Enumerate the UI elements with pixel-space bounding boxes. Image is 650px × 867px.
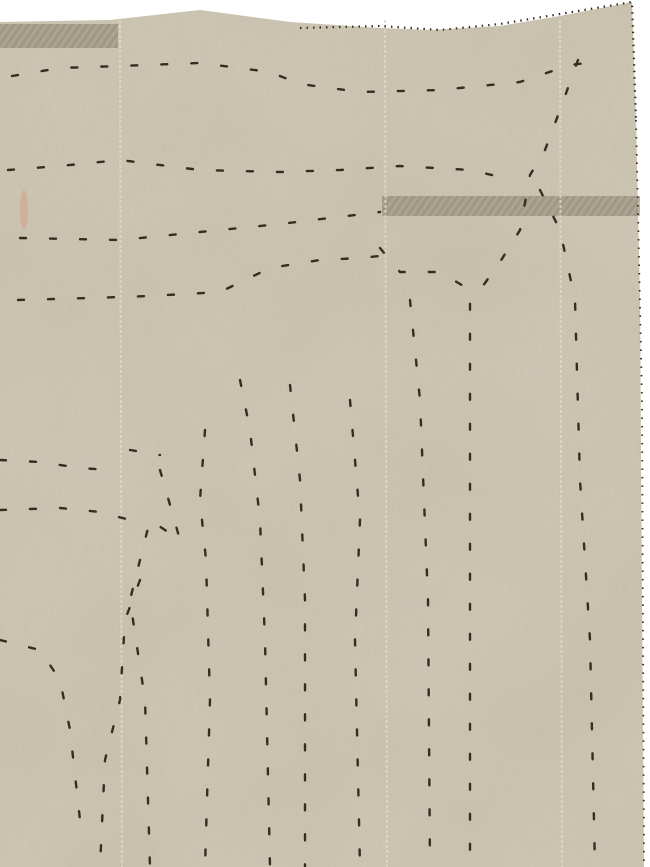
pink-stain [20, 190, 28, 230]
textile-photo [0, 0, 650, 867]
woven-stripe [382, 196, 640, 216]
woven-stripe [0, 24, 118, 48]
fabric-weave-texture [0, 2, 644, 867]
